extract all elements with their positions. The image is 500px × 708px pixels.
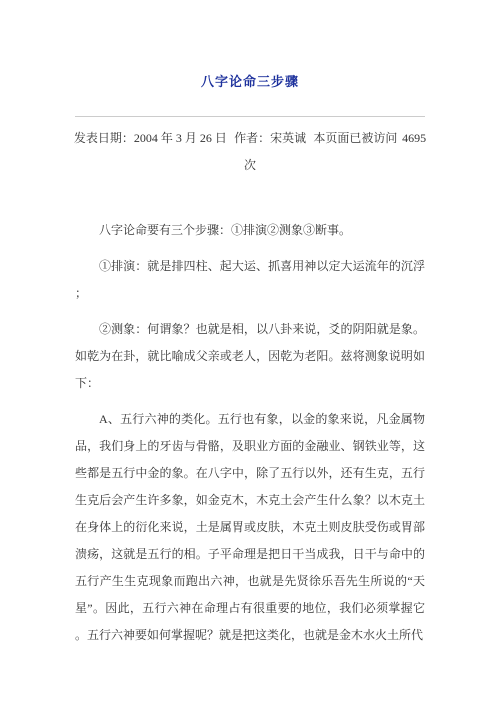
- visits-label: 本页面已被访问: [313, 131, 397, 145]
- page-title: 八字论命三步骤: [0, 71, 500, 90]
- meta-line: 发表日期：2004 年 3 月 26 日作者：宋英诚本页面已被访问4695: [0, 125, 500, 152]
- divider-rule: [75, 116, 425, 117]
- published-label: 发表日期：: [74, 131, 134, 145]
- visits-count: 4695: [402, 131, 426, 145]
- published-date: 2004 年 3 月 26 日: [134, 131, 227, 145]
- author-name: 宋英诚: [270, 131, 306, 145]
- body-paragraph: A、五行六神的类化。五行也有象，以金的象来说，凡金属物品，我们身上的牙齿与骨骼，…: [75, 406, 425, 649]
- body-paragraph: ①排演：就是排四柱、起大运、抓喜用神以定大运流年的沉浮；: [75, 253, 425, 307]
- body-paragraph: ②测象：何谓象？也就是相，以八卦来说，爻的阴阳就是象。如乾为在卦，就比喻成父亲或…: [75, 316, 425, 397]
- author-label: 作者：: [234, 131, 270, 145]
- body-paragraph: 八字论命要有三个步骤：①排演②测象③断事。: [75, 217, 425, 244]
- article-meta: 发表日期：2004 年 3 月 26 日作者：宋英诚本页面已被访问4695 次: [0, 125, 500, 179]
- article-page: 八字论命三步骤 发表日期：2004 年 3 月 26 日作者：宋英诚本页面已被访…: [0, 0, 500, 708]
- article-body: 八字论命要有三个步骤：①排演②测象③断事。①排演：就是排四柱、起大运、抓喜用神以…: [75, 217, 425, 649]
- visits-unit: 次: [0, 152, 500, 179]
